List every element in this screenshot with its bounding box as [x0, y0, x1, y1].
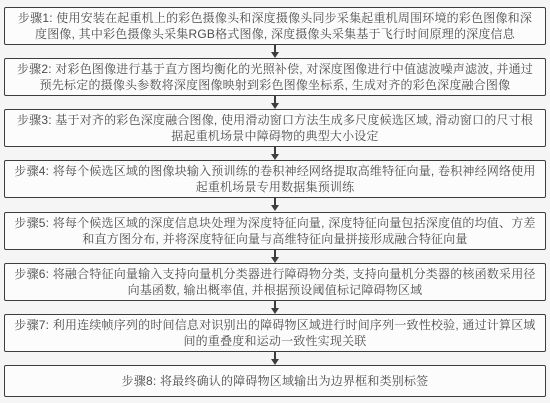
step-box-5: 步骤5: 将每个候选区域的深度信息块处理为深度特征向量, 深度特征向量包括深度值… — [4, 212, 546, 250]
step-box-3: 步骤3: 基于对齐的彩色深度融合图像, 使用滑动窗口方法生成多尺度候选区域, 滑… — [4, 109, 546, 147]
arrow-line — [274, 301, 276, 308]
step-1-text: 步骤1: 使用安装在起重机上的彩色摄像头和深度摄像头同步采集起重机周围环境的彩色… — [14, 10, 536, 42]
step-3-text: 步骤3: 基于对齐的彩色深度融合图像, 使用滑动窗口方法生成多尺度候选区域, 滑… — [14, 112, 536, 144]
step-box-1: 步骤1: 使用安装在起重机上的彩色摄像头和深度摄像头同步采集起重机周围环境的彩色… — [4, 7, 546, 45]
process-flowchart: 步骤1: 使用安装在起重机上的彩色摄像头和深度摄像头同步采集起重机周围环境的彩色… — [0, 0, 550, 403]
step-4-text: 步骤4: 将每个候选区域的图像块输入预训练的卷积神经网络提取高维特征向量, 卷积… — [14, 163, 536, 195]
down-arrow-icon — [4, 45, 546, 58]
down-arrow-icon — [4, 352, 546, 365]
down-arrow-icon — [4, 301, 546, 314]
arrow-line — [274, 352, 276, 359]
arrow-line — [274, 96, 276, 103]
step-7-text: 步骤7: 利用连续帧序列的时间信息对识别出的障碍物区域进行时间序列一致性校验, … — [14, 317, 536, 349]
step-6-text: 步骤6: 将融合特征向量输入支持向量机分类器进行障碍物分类, 支持向量机分类器的… — [14, 266, 536, 298]
arrow-line — [274, 198, 276, 205]
down-arrow-icon — [4, 198, 546, 211]
down-arrow-icon — [4, 96, 546, 109]
arrow-head — [271, 205, 279, 211]
step-box-8: 步骤8: 将最终确认的障碍物区域输出为边界框和类别标签 — [4, 365, 546, 397]
arrow-head — [271, 257, 279, 263]
step-box-4: 步骤4: 将每个候选区域的图像块输入预训练的卷积神经网络提取高维特征向量, 卷积… — [4, 160, 546, 198]
arrow-line — [274, 147, 276, 154]
step-box-6: 步骤6: 将融合特征向量输入支持向量机分类器进行障碍物分类, 支持向量机分类器的… — [4, 263, 546, 301]
step-box-7: 步骤7: 利用连续帧序列的时间信息对识别出的障碍物区域进行时间序列一致性校验, … — [4, 314, 546, 352]
down-arrow-icon — [4, 250, 546, 263]
step-box-2: 步骤2: 对彩色图像进行基于直方图均衡化的光照补偿, 对深度图像进行中值滤波噪声… — [4, 58, 546, 96]
arrow-head — [271, 308, 279, 314]
step-8-text: 步骤8: 将最终确认的障碍物区域输出为边界框和类别标签 — [14, 373, 536, 389]
arrow-line — [274, 45, 276, 52]
step-5-text: 步骤5: 将每个候选区域的深度信息块处理为深度特征向量, 深度特征向量包括深度值… — [14, 215, 536, 247]
step-2-text: 步骤2: 对彩色图像进行基于直方图均衡化的光照补偿, 对深度图像进行中值滤波噪声… — [14, 61, 536, 93]
arrow-line — [274, 250, 276, 257]
down-arrow-icon — [4, 147, 546, 160]
